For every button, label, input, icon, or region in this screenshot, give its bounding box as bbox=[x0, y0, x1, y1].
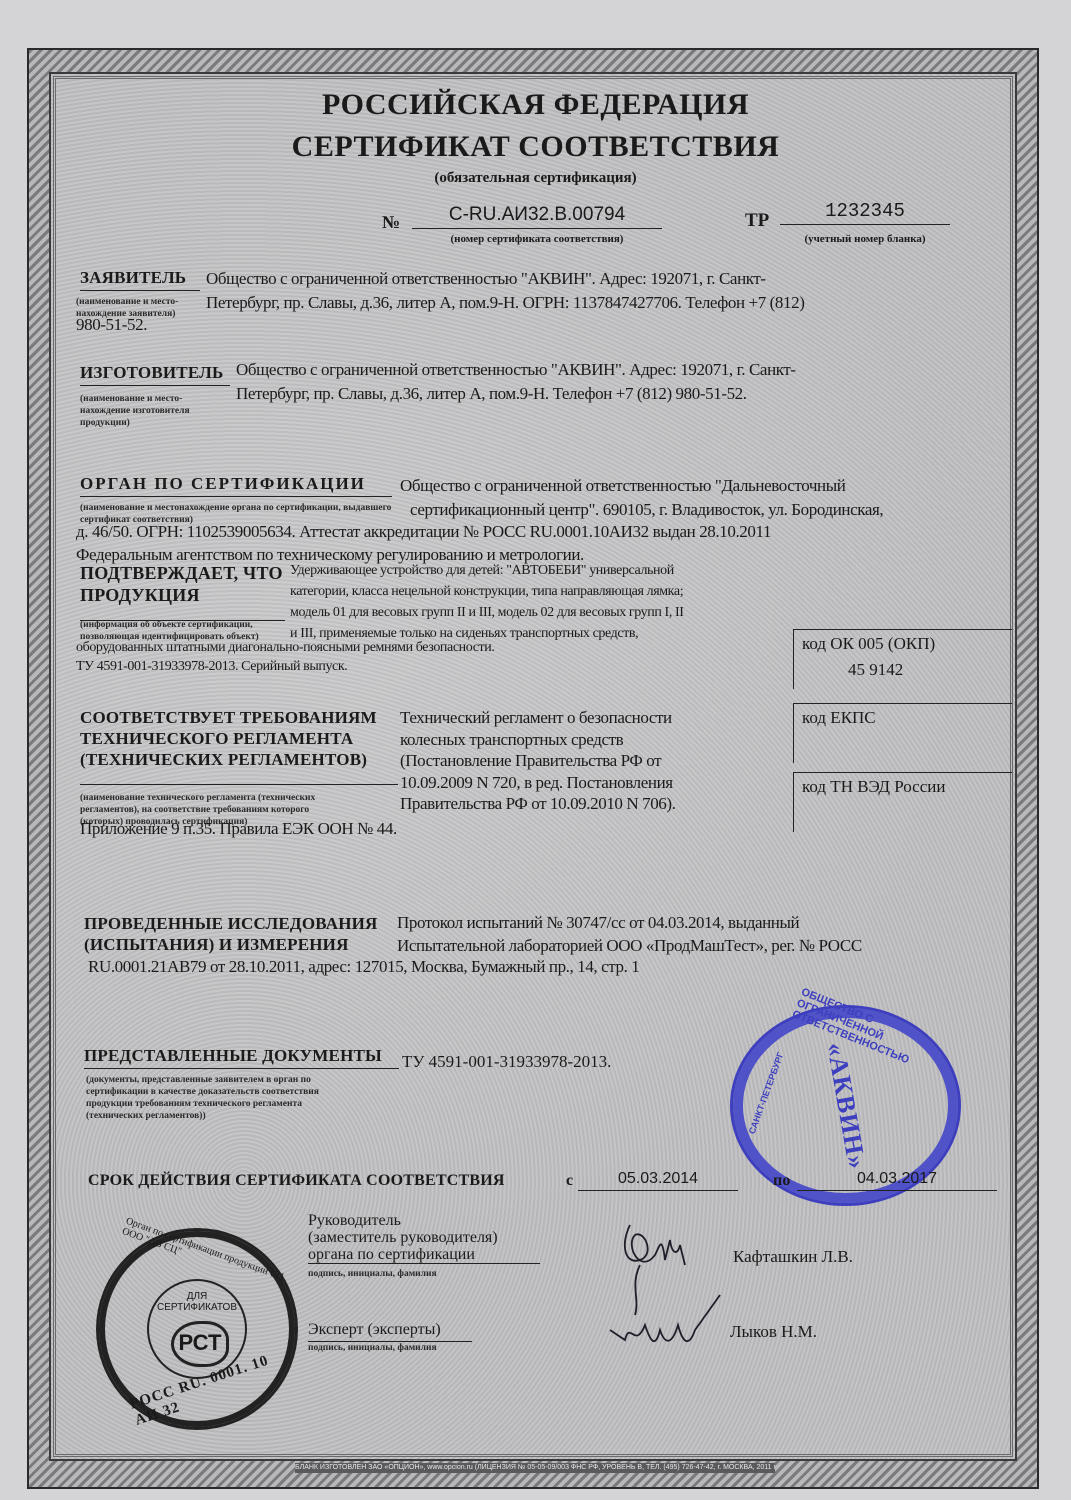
country-title: РОССИЙСКАЯ ФЕДЕРАЦИЯ bbox=[0, 88, 1071, 122]
manufacturer-caption-line-1: (наименование и место- bbox=[80, 393, 230, 405]
applicant-line-2: Петербург, пр. Славы, д.36, литер А, пом… bbox=[206, 291, 1006, 314]
certificate-number: C-RU.АИ32.B.00794 bbox=[412, 204, 662, 229]
documents-label: ПРЕДСТАВЛЕННЫЕ ДОКУМЕНТЫ bbox=[84, 1046, 399, 1069]
requirements-line-1: Технический регламент о безопасности bbox=[400, 707, 780, 729]
head-label-line-3: органа по сертификации bbox=[308, 1246, 540, 1264]
tests-line-1: Протокол испытаний № 30747/сс от 04.03.2… bbox=[397, 911, 997, 934]
certification-body-label: ОРГАН ПО СЕРТИФИКАЦИИ bbox=[80, 474, 392, 497]
product-description: Удерживающее устройство для детей: "АВТО… bbox=[290, 560, 750, 644]
expert-signature-label: Эксперт (эксперты) bbox=[308, 1318, 472, 1342]
requirements-appendix: Приложение 9 п.35. Правила ЕЭК ООН № 44. bbox=[80, 817, 580, 840]
requirements-label-line-2: ТЕХНИЧЕСКОГО РЕГЛАМЕНТА bbox=[80, 728, 377, 749]
requirements-caption-line-1: (наименование технического регламента (т… bbox=[80, 792, 400, 804]
requirements-caption-line-2: регламентов), на соответствие требования… bbox=[80, 804, 400, 816]
applicant-line-1: Общество с ограниченной ответственностью… bbox=[206, 267, 1006, 290]
head-name: Кафташкин Л.В. bbox=[733, 1245, 853, 1268]
head-signature-label: Руководитель (заместитель руководителя) … bbox=[308, 1212, 540, 1264]
ekps-code-label: код ЕКПС bbox=[802, 708, 1012, 728]
blank-number: 1232345 bbox=[780, 200, 950, 225]
requirements-line-4: 10.09.2009 N 720, в ред. Постановления bbox=[400, 772, 780, 794]
product-label-line-2: ПРОДУКЦИЯ bbox=[80, 585, 285, 621]
product-line-3: модель 01 для весовых групп II и III, мо… bbox=[290, 602, 750, 623]
tests-label: ПРОВЕДЕННЫЕ ИССЛЕДОВАНИЯ (ИСПЫТАНИЯ) И И… bbox=[84, 913, 378, 955]
documents-caption-line-3: продукции требованиям технического регла… bbox=[86, 1098, 366, 1110]
requirements-label-line-3: (ТЕХНИЧЕСКИХ РЕГЛАМЕНТОВ) bbox=[80, 749, 377, 770]
document-subtitle: (обязательная сертификация) bbox=[0, 170, 1071, 187]
certification-body-line-3: д. 46/50. ОГРН: 1102539005634. Аттестат … bbox=[76, 520, 1006, 543]
tr-label: ТР bbox=[745, 210, 769, 232]
product-line-2: категории, класса нецельной конструкции,… bbox=[290, 581, 750, 602]
product-label-line-1: ПОДТВЕРЖДАЕТ, ЧТО bbox=[80, 563, 283, 584]
rst-logo-icon: РСТ bbox=[171, 1321, 229, 1367]
applicant-line-3: 980-51-52. bbox=[76, 313, 376, 336]
expert-signature bbox=[600, 1290, 740, 1370]
validity-from-label: с bbox=[566, 1172, 573, 1190]
number-sign: № bbox=[382, 212, 400, 233]
company-stamp-city: САНКТ-ПЕТЕРБУРГ bbox=[747, 1051, 786, 1136]
product-line-1: Удерживающее устройство для детей: "АВТО… bbox=[290, 560, 750, 581]
head-label-line-2: (заместитель руководителя) bbox=[308, 1229, 540, 1246]
head-signature-caption: подпись, инициалы, фамилия bbox=[308, 1268, 437, 1280]
tests-line-2: Испытательной лабораторией ООО «ПродМашТ… bbox=[397, 934, 997, 957]
certificate-number-caption: (номер сертификата соответствия) bbox=[412, 233, 662, 245]
company-stamp-center: «АКВИН» bbox=[820, 1040, 872, 1172]
okp-code-label: код ОК 005 (ОКП) bbox=[802, 634, 1012, 654]
documents-caption-line-2: сертификации в качестве доказательств со… bbox=[86, 1086, 366, 1098]
validity-to-label: по bbox=[773, 1172, 791, 1190]
requirements-label: СООТВЕТСТВУЕТ ТРЕБОВАНИЯМ ТЕХНИЧЕСКОГО Р… bbox=[80, 707, 377, 770]
requirements-text: Технический регламент о безопасности кол… bbox=[400, 707, 780, 815]
okp-code-box: код ОК 005 (ОКП) 45 9142 bbox=[793, 629, 1012, 689]
manufacturer-caption: (наименование и место- нахождение изгото… bbox=[80, 393, 230, 429]
manufacturer-label: ИЗГОТОВИТЕЛЬ bbox=[80, 363, 230, 386]
manufacturer-caption-line-2: нахождение изготовителя bbox=[80, 405, 230, 417]
validity-to-date: 04.03.2017 bbox=[797, 1167, 997, 1191]
documents-caption-line-4: (технических регламентов)) bbox=[86, 1110, 366, 1122]
manufacturer-caption-line-3: продукции) bbox=[80, 417, 230, 429]
certification-body-line-2: сертификационный центр". 690105, г. Влад… bbox=[410, 498, 1010, 521]
tests-label-line-1: ПРОВЕДЕННЫЕ ИССЛЕДОВАНИЯ bbox=[84, 913, 378, 934]
document-title: СЕРТИФИКАТ СООТВЕТСТВИЯ bbox=[0, 130, 1071, 164]
documents-caption: (документы, представленные заявителем в … bbox=[86, 1074, 366, 1122]
documents-caption-line-1: (документы, представленные заявителем в … bbox=[86, 1074, 366, 1086]
product-line-6: ТУ 4591-001-31933978-2013. Серийный выпу… bbox=[76, 657, 776, 677]
head-label-line-1: Руководитель bbox=[308, 1212, 540, 1229]
tests-label-line-2: (ИСПЫТАНИЯ) И ИЗМЕРЕНИЯ bbox=[84, 934, 378, 955]
requirements-line-2: колесных транспортных средств bbox=[400, 729, 780, 751]
validity-from-date: 05.03.2014 bbox=[578, 1167, 738, 1191]
tests-line-3: RU.0001.21АВ79 от 28.10.2011, адрес: 127… bbox=[88, 955, 988, 978]
requirements-line-5: Правительства РФ от 10.09.2010 N 706). bbox=[400, 793, 780, 815]
printer-imprint: БЛАНК ИЗГОТОВЛЕН ЗАО «ОПЦИОН», www.opcio… bbox=[295, 1463, 775, 1473]
tnved-code-label: код ТН ВЭД России bbox=[802, 777, 1012, 797]
certification-body-stamp: Орган по сертификации продукции СЦ ООО "… bbox=[96, 1228, 298, 1430]
requirements-underline bbox=[80, 784, 398, 785]
ekps-code-box: код ЕКПС bbox=[793, 703, 1012, 763]
certification-stamp-center-top: ДЛЯ СЕРТИФИКАТОВ bbox=[149, 1291, 245, 1313]
expert-name: Лыков Н.М. bbox=[730, 1320, 817, 1343]
manufacturer-line-2: Петербург, пр. Славы, д.36, литер А, пом… bbox=[236, 382, 996, 405]
requirements-line-3: (Постановление Правительства РФ от bbox=[400, 750, 780, 772]
manufacturer-line-1: Общество с ограниченной ответственностью… bbox=[236, 358, 996, 381]
applicant-label: ЗАЯВИТЕЛЬ bbox=[80, 268, 200, 291]
tnved-code-box: код ТН ВЭД России bbox=[793, 772, 1012, 832]
expert-signature-caption: подпись, инициалы, фамилия bbox=[308, 1342, 437, 1354]
blank-number-caption: (учетный номер бланка) bbox=[780, 233, 950, 245]
validity-label: СРОК ДЕЙСТВИЯ СЕРТИФИКАТА СООТВЕТСТВИЯ bbox=[88, 1172, 505, 1190]
product-line-5: оборудованных штатными диагонально-поясн… bbox=[76, 638, 776, 658]
certification-body-line-1: Общество с ограниченной ответственностью… bbox=[400, 474, 1000, 497]
okp-code-value: 45 9142 bbox=[802, 660, 1012, 680]
requirements-label-line-1: СООТВЕТСТВУЕТ ТРЕБОВАНИЯМ bbox=[80, 707, 377, 728]
